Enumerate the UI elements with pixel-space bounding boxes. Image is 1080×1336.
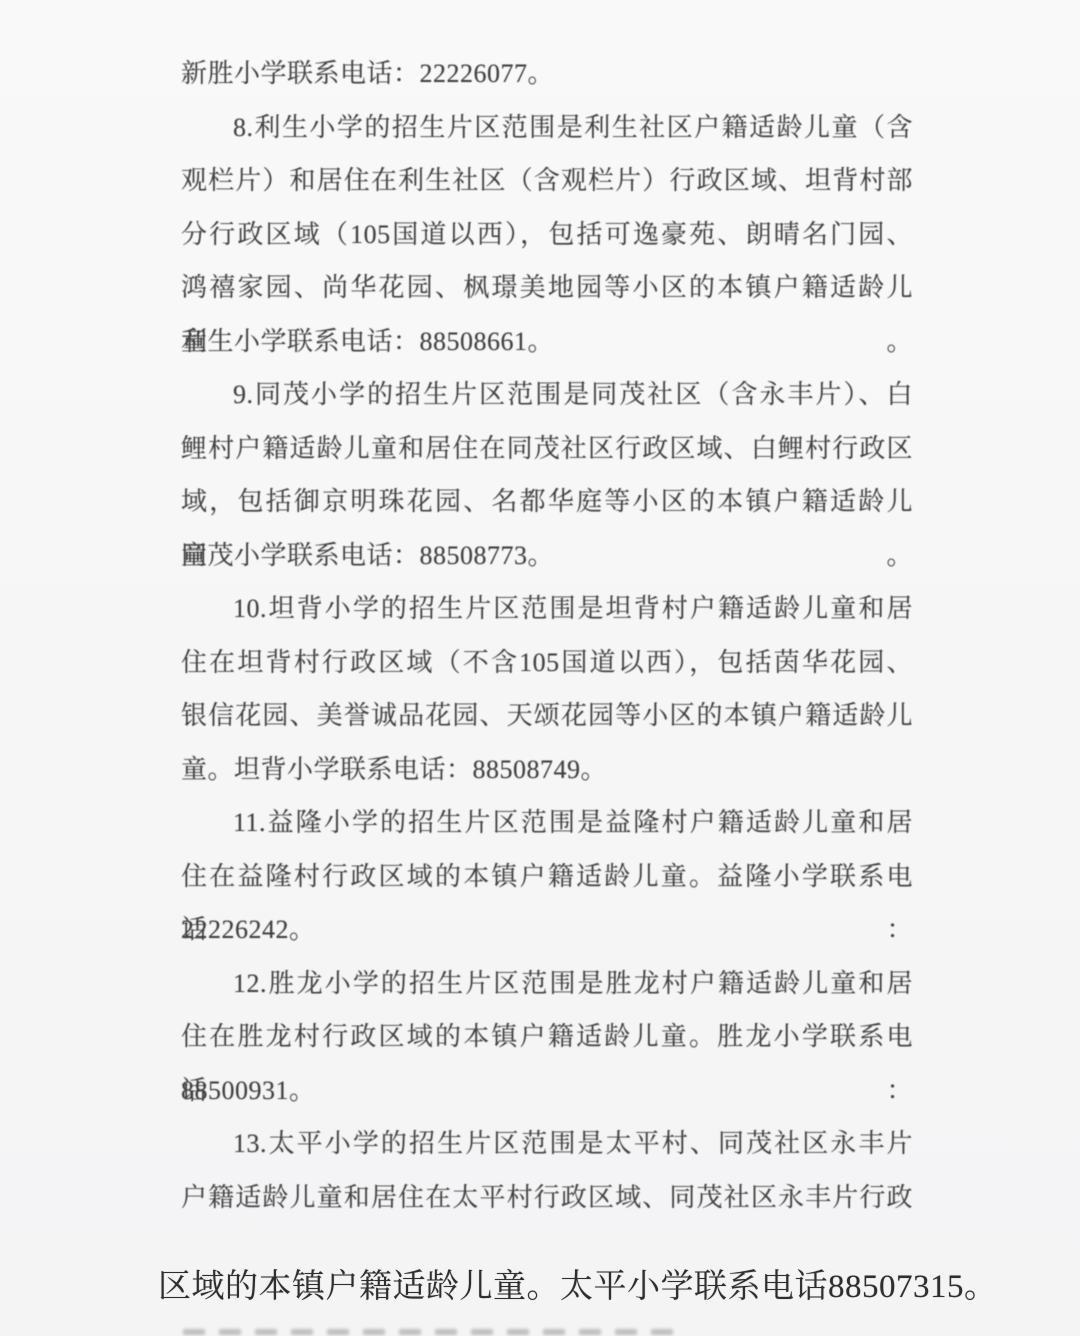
text-line: 9.同茂小学的招生片区范围是同茂社区（含永丰片）、白 bbox=[181, 368, 913, 422]
document-text-column: 新胜小学联系电话：22226077。 8.利生小学的招生片区范围是利生社区户籍适… bbox=[181, 47, 913, 1224]
text-line: 鸿禧家园、尚华花园、枫璟美地园等小区的本镇户籍适龄儿童。 bbox=[181, 261, 913, 315]
text-line: 观栏片）和居住在利生社区（含观栏片）行政区域、坦背村部 bbox=[181, 154, 913, 208]
scanned-document-page: 新胜小学联系电话：22226077。 8.利生小学的招生片区范围是利生社区户籍适… bbox=[0, 0, 1080, 1336]
text-line: 户籍适龄儿童和居住在太平村行政区域、同茂社区永丰片行政 bbox=[181, 1171, 913, 1225]
text-line: 银信花园、美誉诚品花园、天颂花园等小区的本镇户籍适龄儿 bbox=[181, 689, 913, 743]
text-line: 8.利生小学的招生片区范围是利生社区户籍适龄儿童（含 bbox=[181, 101, 913, 155]
text-line: 住在坦背村行政区域（不含105国道以西），包括茵华花园、 bbox=[181, 636, 913, 690]
cutoff-next-line-fragment bbox=[183, 1329, 703, 1336]
text-line: 住在胜龙村行政区域的本镇户籍适龄儿童。胜龙小学联系电话： bbox=[181, 1010, 913, 1064]
text-line: 12.胜龙小学的招生片区范围是胜龙村户籍适龄儿童和居 bbox=[181, 957, 913, 1011]
text-line: 域，包括御京明珠花园、名都华庭等小区的本镇户籍适龄儿童。 bbox=[181, 475, 913, 529]
text-line: 住在益隆村行政区域的本镇户籍适龄儿童。益隆小学联系电话： bbox=[181, 850, 913, 904]
text-line: 新胜小学联系电话：22226077。 bbox=[181, 47, 913, 101]
text-line: 分行政区域（105国道以西），包括可逸豪苑、朗晴名门园、 bbox=[181, 208, 913, 262]
text-line: 鲤村户籍适龄儿童和居住在同茂社区行政区域、白鲤村行政区 bbox=[181, 422, 913, 476]
text-line: 童。坦背小学联系电话：88508749。 bbox=[181, 743, 913, 797]
text-line: 13.太平小学的招生片区范围是太平村、同茂社区永丰片 bbox=[181, 1117, 913, 1171]
text-line: 11.益隆小学的招生片区范围是益隆村户籍适龄儿童和居 bbox=[181, 796, 913, 850]
enlarged-footer-text-line: 区域的本镇户籍适龄儿童。太平小学联系电话88507315。 bbox=[158, 1264, 1058, 1310]
text-line: 10.坦背小学的招生片区范围是坦背村户籍适龄儿童和居 bbox=[181, 582, 913, 636]
